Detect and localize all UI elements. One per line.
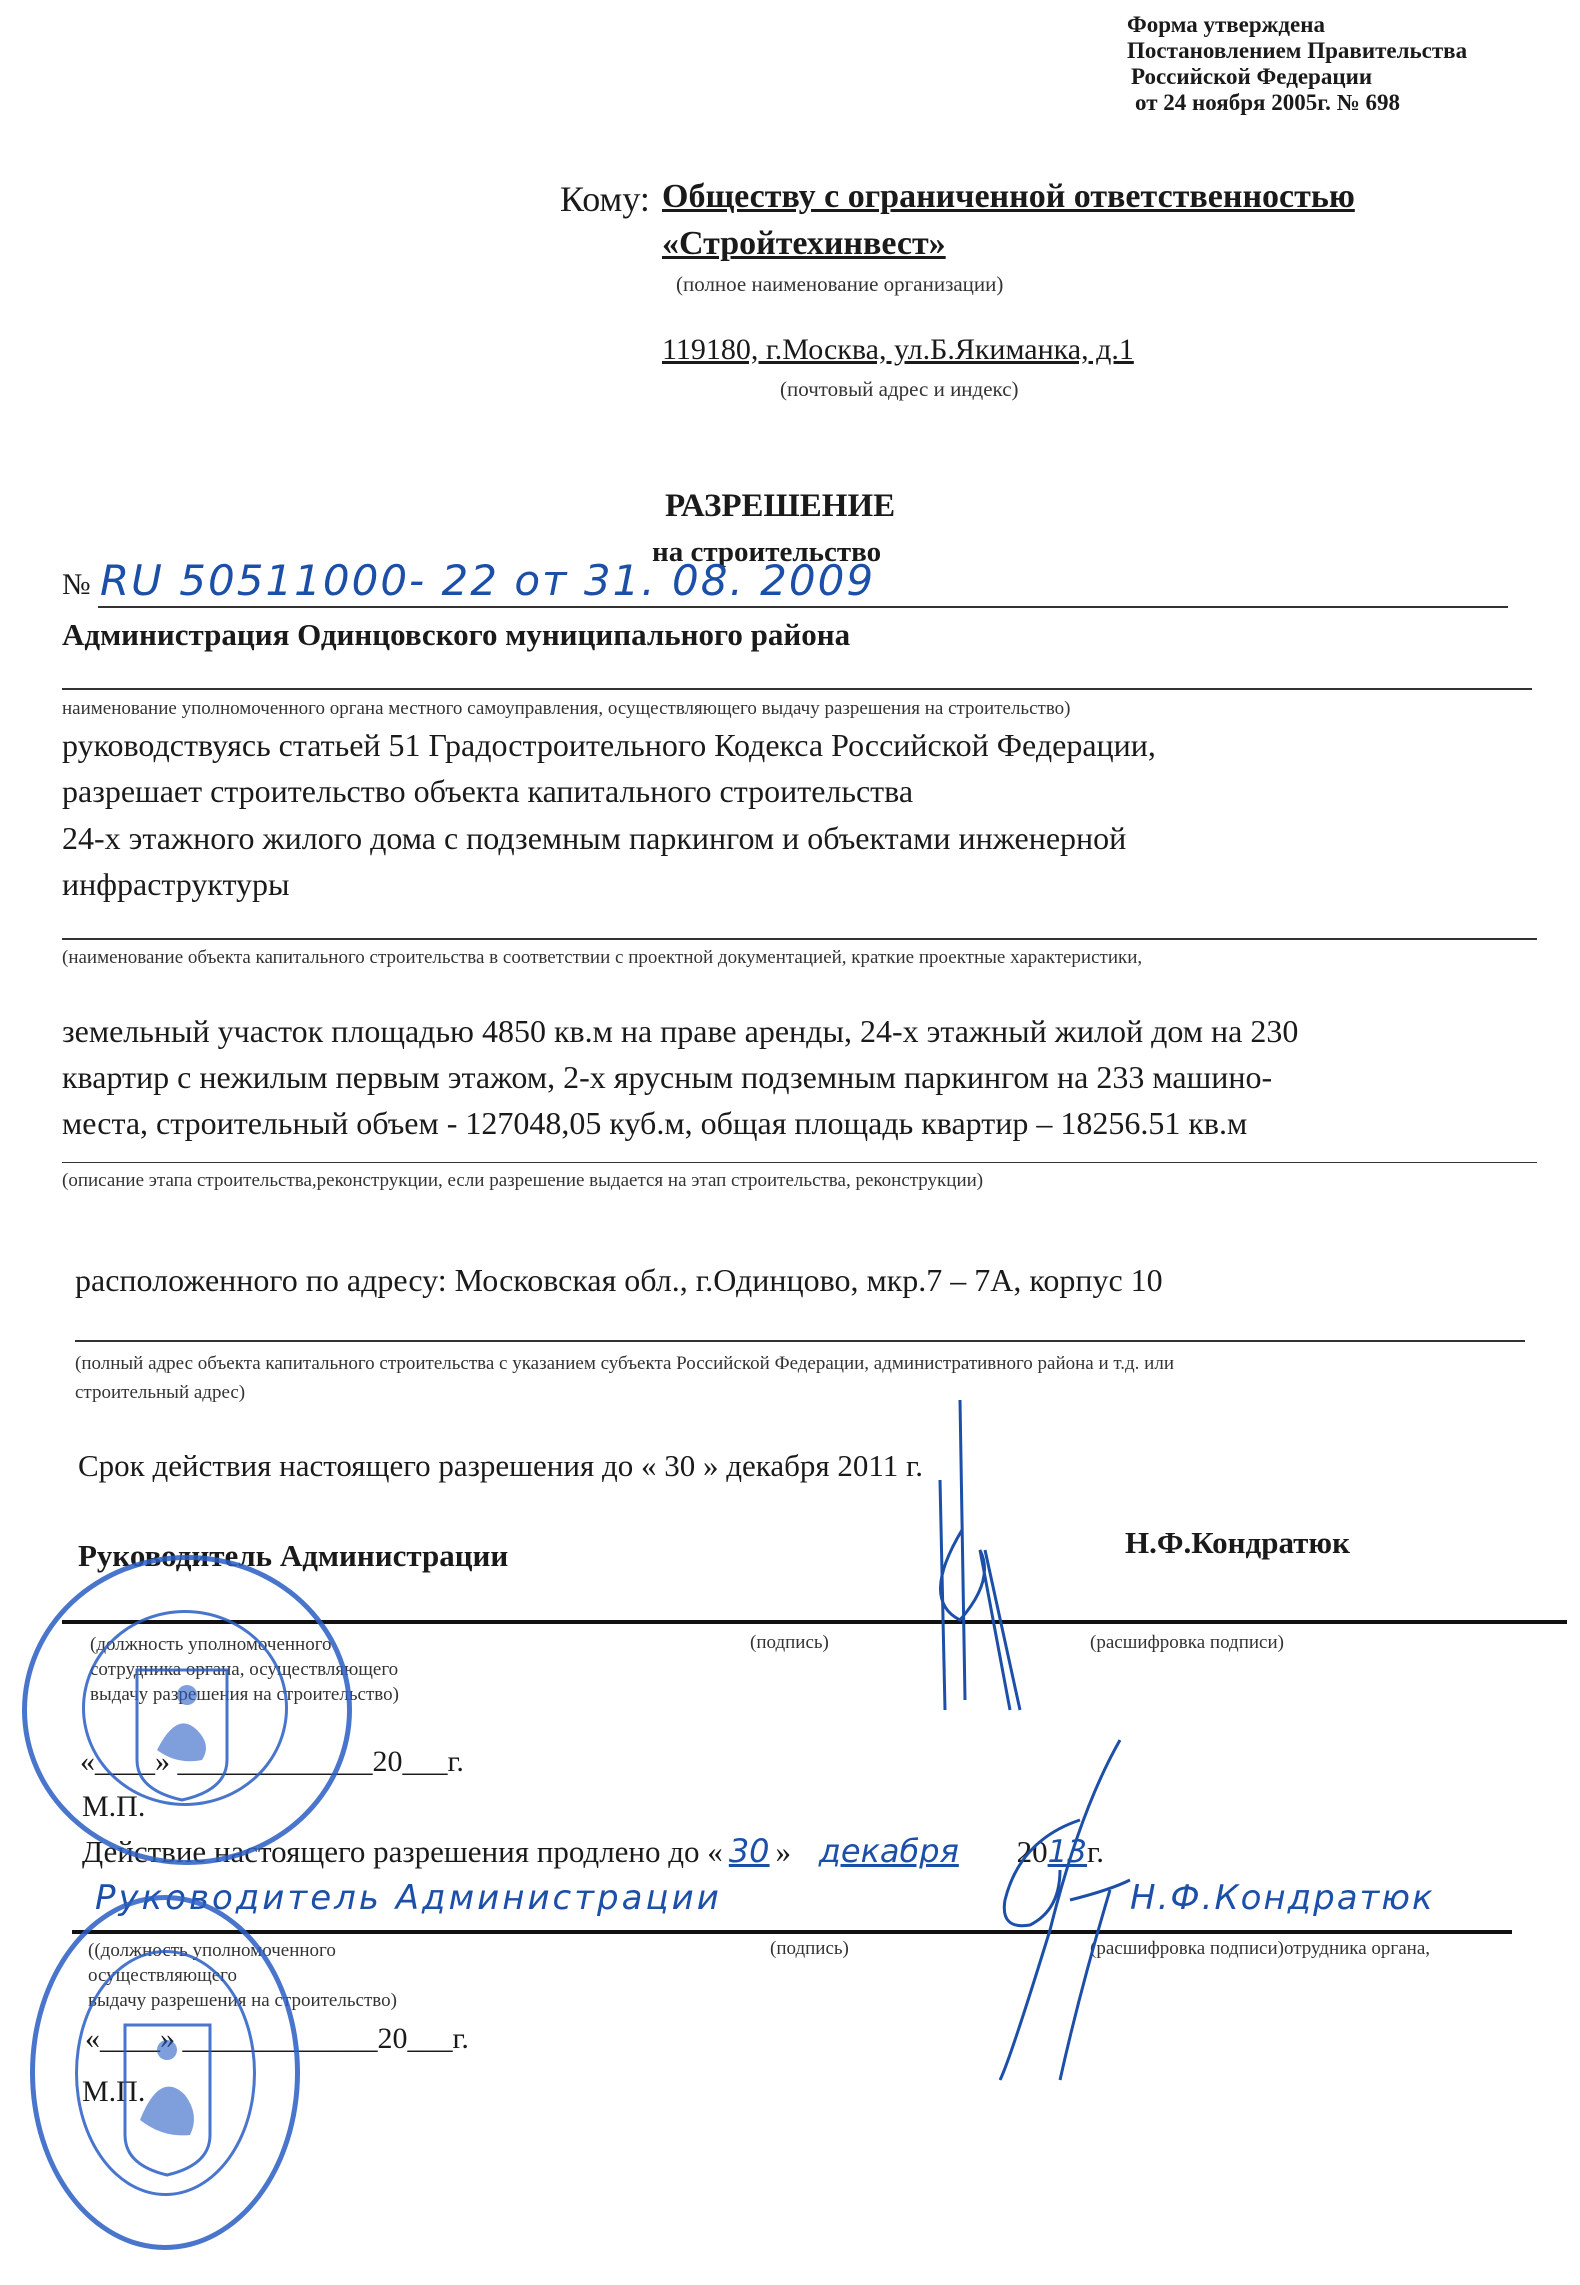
object-underline <box>62 938 1537 940</box>
signature-scribble-2 <box>960 1730 1190 2090</box>
details-line3: места, строительный объем - 127048,05 ку… <box>62 1105 1247 1142</box>
extension-mid: » <box>776 1834 792 1869</box>
signature-scribble-1 <box>900 1380 1080 1730</box>
recipient-org-line1: Обществу с ограниченной ответственностью <box>662 178 1355 216</box>
stage-underline <box>62 1162 1537 1163</box>
permit-number-handwritten: RU 50511000- 22 от 31. 08. 2009 <box>100 556 875 605</box>
permission-text: разрешает строительство объекта капиталь… <box>62 773 913 810</box>
issuer-name: Администрация Одинцовского муниципальног… <box>62 617 850 653</box>
permit-number-prefix: № <box>62 568 91 602</box>
permit-number-underline <box>98 606 1508 608</box>
document-title: РАЗРЕШЕНИЕ <box>665 488 895 525</box>
signer-name-caption: (расшифровка подписи) <box>1090 1632 1284 1654</box>
signature-caption: (подпись) <box>750 1632 829 1654</box>
details-line1: земельный участок площадью 4850 кв.м на … <box>62 1013 1298 1050</box>
details-line2: квартир с нежилым первым этажом, 2-х яру… <box>62 1059 1272 1096</box>
legal-basis-text: руководствуясь статьей 51 Градостроитель… <box>62 727 1156 764</box>
location-caption-line2: строительный адрес) <box>75 1382 245 1404</box>
form-header-line: Постановлением Правительства <box>1127 38 1467 64</box>
form-header-line: Российской Федерации <box>1127 64 1467 90</box>
form-approval-header: Форма утверждена Постановлением Правител… <box>1127 12 1467 116</box>
extension-signature-caption: (подпись) <box>770 1938 849 1960</box>
recipient-address: 119180, г.Москва, ул.Б.Якиманка, д.1 <box>662 333 1134 367</box>
validity-text: Срок действия настоящего разрешения до «… <box>78 1448 923 1484</box>
form-header-line: от 24 ноября 2005г. № 698 <box>1127 90 1467 116</box>
recipient-label: Кому: <box>560 178 650 220</box>
recipient-org-caption: (полное наименование организации) <box>676 272 1003 297</box>
object-caption: (наименование объекта капитального строи… <box>62 947 1142 969</box>
signer-name: Н.Ф.Кондратюк <box>1125 1525 1350 1561</box>
coat-of-arms-icon <box>35 1900 295 2245</box>
object-location: расположенного по адресу: Московская обл… <box>75 1262 1163 1299</box>
official-seal-stamp-1 <box>22 1555 352 1865</box>
recipient-address-caption: (почтовый адрес и индекс) <box>780 377 1019 402</box>
issuer-caption: наименование уполномоченного органа мест… <box>62 698 1071 720</box>
coat-of-arms-icon <box>27 1560 347 1860</box>
object-name-line1: 24-х этажного жилого дома с подземным па… <box>62 820 1126 857</box>
location-caption-line1: (полный адрес объекта капитального строи… <box>75 1353 1174 1375</box>
location-underline <box>75 1340 1525 1342</box>
recipient-org-line2: «Стройтехинвест» <box>662 225 946 263</box>
official-seal-stamp-2 <box>30 1895 300 2250</box>
issuer-underline <box>62 688 1532 690</box>
object-name-line2: инфраструктуры <box>62 866 290 903</box>
stage-caption: (описание этапа строительства,реконструк… <box>62 1170 983 1192</box>
extension-day-handwritten: 30 <box>723 1832 776 1870</box>
form-header-line: Форма утверждена <box>1127 12 1467 38</box>
